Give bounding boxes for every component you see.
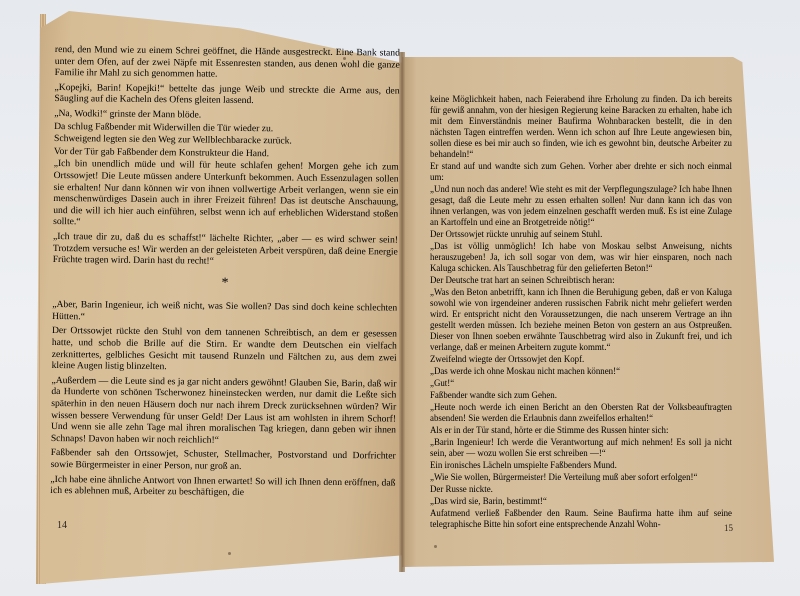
paragraph: „Gut!“ xyxy=(430,378,732,389)
paragraph: „Heute noch werde ich einen Bericht an d… xyxy=(430,402,732,424)
paragraph: „Wie Sie wollen, Bürgermeister! Die Vert… xyxy=(430,472,732,483)
paragraph: Aufatmend verließ Faßbender den Raum. Se… xyxy=(430,508,732,530)
paragraph: Faßbender sah den Ortssowjet, Schuster, … xyxy=(51,447,396,474)
left-page-text: rend, den Mund wie zu einem Schrei geöff… xyxy=(50,44,400,503)
paragraph: „Aber, Barin Ingenieur, ich weiß nicht, … xyxy=(52,299,397,326)
open-book: rend, den Mund wie zu einem Schrei geöff… xyxy=(0,0,800,596)
paragraph: Ein ironisches Lächeln umspielte Faßbend… xyxy=(430,460,732,471)
paragraph: „Kopejki, Barin! Kopejki!“ bettelte das … xyxy=(54,82,399,109)
paragraph: „Ich traue dir zu, daß du es schaffst!“ … xyxy=(53,231,398,269)
paper-speck xyxy=(343,57,346,60)
paragraph: „Was den Beton anbetrifft, kann ich Ihne… xyxy=(430,287,732,353)
paragraph: Als er in der Tür stand, hörte er die St… xyxy=(430,425,732,436)
page-number-left: 14 xyxy=(57,520,67,531)
page-number-right: 15 xyxy=(724,523,733,533)
paragraph: „Das werde ich ohne Moskau nicht machen … xyxy=(430,366,732,377)
paragraph: „Außerdem — die Leute sind es ja gar nic… xyxy=(51,375,397,448)
paragraph: „Ich bin unendlich müde und will für heu… xyxy=(53,158,399,231)
paragraph: „Ich habe eine ähnliche Antwort von Ihne… xyxy=(50,474,395,501)
paragraph: Faßbender wandte sich zum Gehen. xyxy=(430,390,732,401)
section-separator: * xyxy=(52,276,397,291)
book-gutter xyxy=(399,52,405,572)
paragraph: „Barin Ingenieur! Ich werde die Verantwo… xyxy=(430,437,732,459)
paragraph: Zweifelnd wiegte der Ortssowjet den Kopf… xyxy=(430,354,732,365)
paragraph: Der Russe nickte. xyxy=(430,484,732,495)
paragraph: Der Ortssowjet rückte unruhig auf seinem… xyxy=(430,229,732,240)
paper-speck xyxy=(228,552,231,555)
paragraph: „Das ist völlig unmöglich! Ich habe von … xyxy=(430,241,732,274)
paragraph: Der Deutsche trat hart an seinen Schreib… xyxy=(430,275,732,286)
paragraph: Der Ortssowjet rückte den Stuhl von dem … xyxy=(52,325,397,375)
paragraph: „Und nun noch das andere! Wie steht es m… xyxy=(430,184,732,228)
right-page-text: keine Möglichkeit haben, nach Feierabend… xyxy=(430,94,732,531)
paragraph: „Das wird sie, Barin, bestimmt!“ xyxy=(430,496,732,507)
paragraph: keine Möglichkeit haben, nach Feierabend… xyxy=(430,94,732,160)
paper-speck xyxy=(434,545,437,548)
paragraph: Er stand auf und wandte sich zum Gehen. … xyxy=(430,161,732,183)
paragraph: rend, den Mund wie zu einem Schrei geöff… xyxy=(55,44,400,82)
